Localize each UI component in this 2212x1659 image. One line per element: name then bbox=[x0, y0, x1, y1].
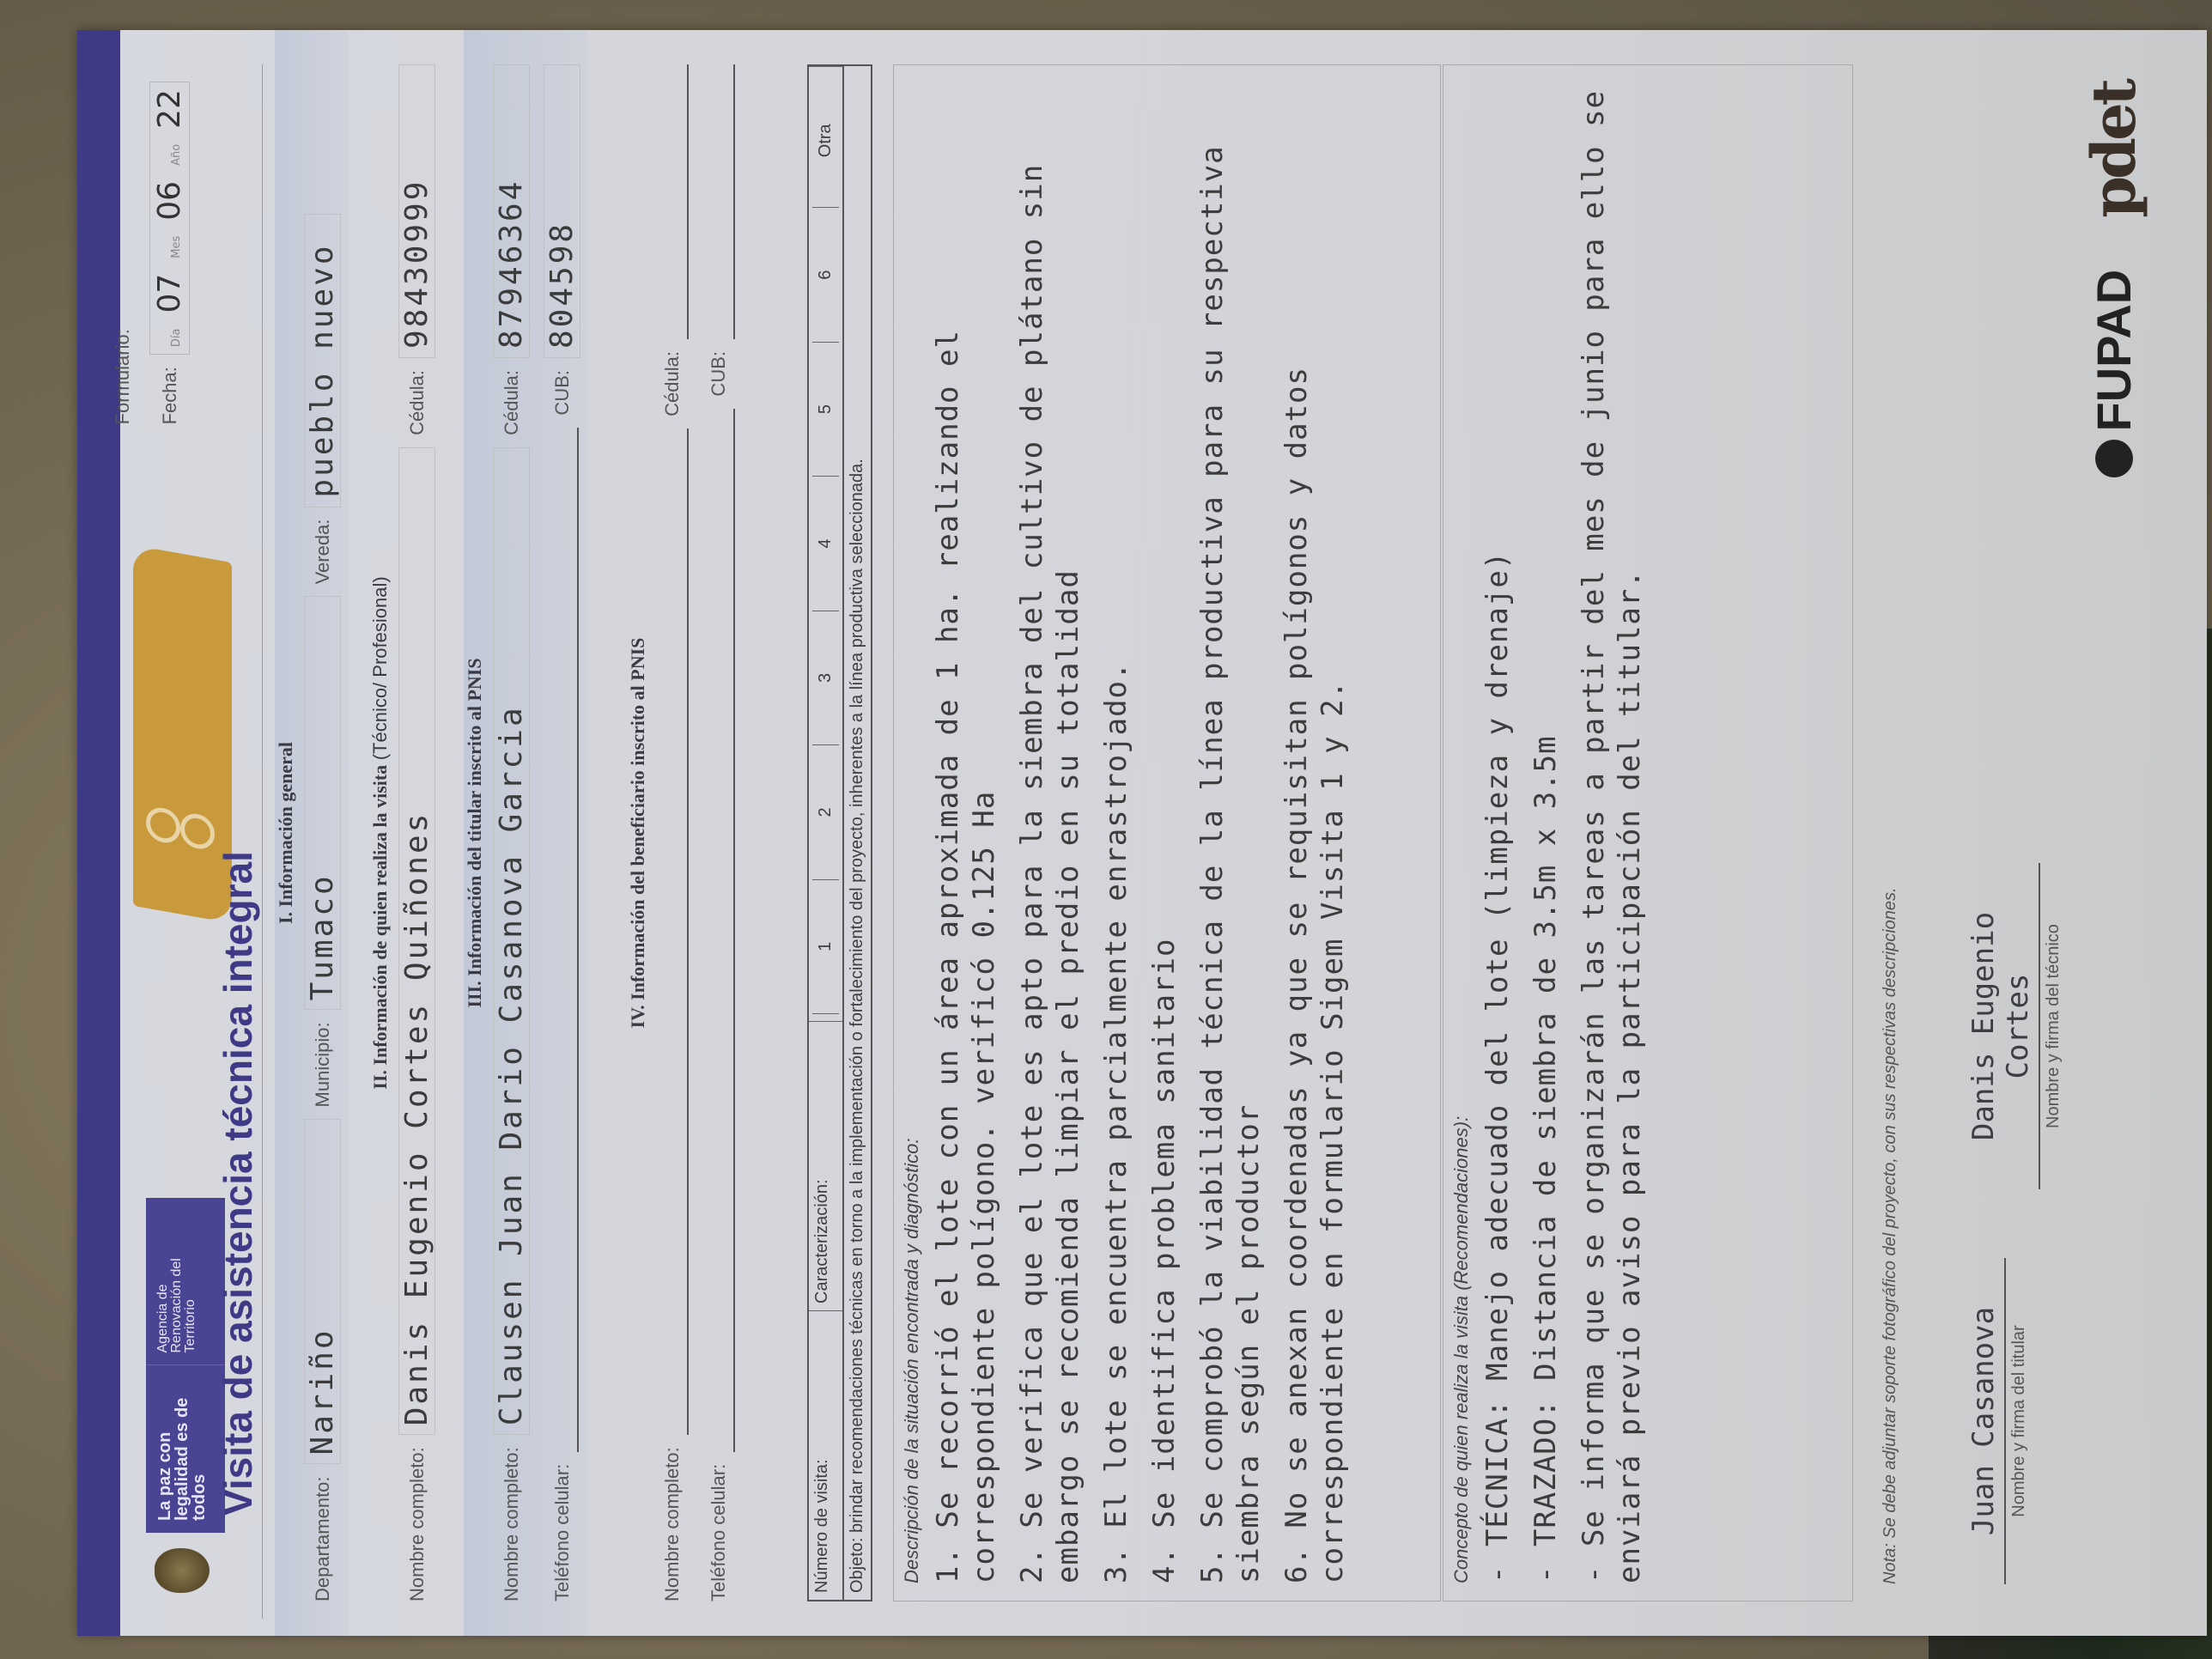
recomendacion-item: - TÉCNICA: Manejo adecuado del lote (lim… bbox=[1480, 82, 1516, 1583]
beneficiario-cedula-field[interactable] bbox=[656, 64, 689, 339]
tecnico-cedula-field[interactable]: 98430999 bbox=[398, 64, 435, 358]
titular-cub-label: CUB: bbox=[551, 370, 574, 416]
section-heading-note: (Técnico/ Profesional) bbox=[369, 576, 391, 760]
formulario-label: Formulario: bbox=[112, 329, 134, 424]
tecnico-nombre-field[interactable]: Danis Eugenio Cortes Quiñones bbox=[398, 447, 435, 1435]
document-page: La paz con legalidad es de todos Agencia… bbox=[77, 30, 2207, 1636]
descripcion-items: 1. Se recorrió el lote con un área aprox… bbox=[930, 82, 1351, 1583]
caracterizacion-label: Caracterización: bbox=[809, 1021, 842, 1310]
descripcion-heading: Descripción de la situación encontrada y… bbox=[901, 82, 923, 1583]
section-titular: III. Información del titular inscrito al… bbox=[464, 30, 587, 1636]
vereda-label: Vereda: bbox=[312, 520, 334, 585]
descripcion-item: 2. Se verifica que el lote es apto para … bbox=[1014, 82, 1086, 1583]
tecnico-nombre-label: Nombre completo: bbox=[406, 1447, 428, 1601]
beneficiario-cub-field[interactable] bbox=[702, 64, 735, 339]
tecnico-signature[interactable]: Danis Eugenio Cortes Nombre y firma del … bbox=[1966, 863, 2063, 1189]
section-general: I. Información general Departamento: Nar… bbox=[275, 30, 348, 1636]
partner-logos: FUPAD pdet bbox=[2078, 82, 2149, 478]
titular-nombre-field[interactable]: Clausen Juan Dario Casanova Garcia bbox=[493, 447, 530, 1435]
departamento-value: Nariño bbox=[305, 1328, 340, 1455]
numero-visita-label: Número de visita: bbox=[809, 1310, 842, 1600]
objeto-text: Objeto: brindar recomendaciones técnicas… bbox=[844, 66, 871, 1600]
visit-table: Número de visita: Caracterización: 12345… bbox=[807, 64, 872, 1601]
titular-cub-value: 804598 bbox=[544, 222, 580, 349]
descripcion-item: 1. Se recorrió el lote con un área aprox… bbox=[930, 82, 1002, 1583]
descripcion-item: 3. El lote se encuentra parcialmente enr… bbox=[1098, 82, 1134, 1583]
section-heading: IV. Información del beneficiario inscrit… bbox=[627, 30, 649, 1636]
page-title: Visita de asistencia técnica integral bbox=[215, 851, 261, 1516]
anio-label: Año bbox=[170, 144, 183, 166]
beneficiario-cedula-label: Cédula: bbox=[661, 351, 684, 416]
tecnico-signature-caption: Nombre y firma del técnico bbox=[2044, 863, 2063, 1189]
section-tecnico: II. Información de quien realiza la visi… bbox=[369, 30, 442, 1636]
tecnico-signature-name: Danis Eugenio Cortes bbox=[1966, 863, 2040, 1189]
anio-value: 22 bbox=[152, 89, 187, 129]
descripcion-section: Descripción de la situación encontrada y… bbox=[893, 64, 1441, 1601]
titular-telefono-label: Teléfono celular: bbox=[551, 1464, 574, 1601]
gov-slogan: La paz con legalidad es de todos bbox=[146, 1366, 225, 1534]
fupad-text: FUPAD bbox=[2086, 270, 2142, 432]
beneficiario-telefono-field[interactable] bbox=[702, 409, 735, 1452]
pdet-logo: pdet bbox=[2078, 82, 2149, 218]
departamento-label: Departamento: bbox=[312, 1476, 334, 1601]
visit-option-7[interactable]: Otra bbox=[812, 74, 839, 208]
visit-option-5[interactable]: 5 bbox=[812, 343, 839, 477]
tecnico-cedula-label: Cédula: bbox=[406, 370, 428, 435]
departamento-field[interactable]: Nariño bbox=[304, 1119, 341, 1464]
dia-value: 07 bbox=[152, 274, 187, 313]
titular-cedula-label: Cédula: bbox=[501, 370, 523, 435]
descripcion-item: 6. No se anexan coordenadas ya que se re… bbox=[1279, 82, 1351, 1583]
fecha-label: Fecha: bbox=[159, 367, 181, 424]
divider bbox=[262, 64, 263, 1619]
vereda-value: pueblo nuevo bbox=[305, 243, 340, 497]
visit-option-3[interactable]: 3 bbox=[812, 611, 839, 745]
recomendacion-item: - Se informa que se organizarán las tare… bbox=[1576, 82, 1648, 1583]
descripcion-item: 5. Se comprobó la viabilidad técnica de … bbox=[1194, 82, 1267, 1583]
recomendaciones-section: Concepto de quien realiza la visita (Rec… bbox=[1443, 64, 1853, 1601]
titular-signature-caption: Nombre y firma del titular bbox=[2009, 1258, 2029, 1584]
coat-of-arms-icon bbox=[155, 1548, 210, 1593]
vereda-field[interactable]: pueblo nuevo bbox=[304, 214, 341, 507]
globe-icon bbox=[2095, 441, 2133, 478]
municipio-label: Municipio: bbox=[312, 1022, 334, 1107]
beneficiario-nombre-label: Nombre completo: bbox=[661, 1447, 684, 1601]
titular-cedula-value: 87946364 bbox=[494, 179, 529, 349]
beneficiario-nombre-field[interactable] bbox=[656, 428, 689, 1435]
section-beneficiario: IV. Información del beneficiario inscrit… bbox=[627, 30, 742, 1636]
government-logo: La paz con legalidad es de todos Agencia… bbox=[146, 1198, 225, 1533]
municipio-value: Tumaco bbox=[305, 873, 340, 1000]
recomendacion-item: - TRAZADO: Distancia de siembra de 3.5m … bbox=[1528, 82, 1564, 1583]
titular-signature[interactable]: Juan Casanova Nombre y firma del titular bbox=[1966, 1258, 2063, 1584]
titular-cedula-field[interactable]: 87946364 bbox=[493, 64, 530, 358]
beneficiario-telefono-label: Teléfono celular: bbox=[708, 1464, 730, 1601]
section-heading: I. Información general bbox=[275, 30, 297, 1636]
titular-cub-field[interactable]: 804598 bbox=[544, 64, 580, 358]
fupad-logo: FUPAD bbox=[2086, 270, 2142, 478]
mes-value: 06 bbox=[152, 181, 187, 221]
footer-note: Nota: Se debe adjuntar soporte fotográfi… bbox=[1881, 887, 1900, 1584]
titular-nombre-value: Clausen Juan Dario Casanova Garcia bbox=[494, 705, 529, 1425]
dia-label: Día bbox=[170, 329, 183, 348]
municipio-field[interactable]: Tumaco bbox=[304, 596, 341, 1010]
visit-option-2[interactable]: 2 bbox=[812, 745, 839, 879]
signatures: Juan Casanova Nombre y firma del titular… bbox=[1966, 82, 2063, 1584]
agency-name: Agencia de Renovación del Territorio bbox=[146, 1198, 225, 1366]
form-meta: Formulario: Fecha: Día07 Mes06 Año22 bbox=[112, 82, 205, 424]
section-heading: III. Información del titular inscrito al… bbox=[464, 30, 486, 1636]
titular-signature-name: Juan Casanova bbox=[1966, 1258, 2006, 1584]
date-field[interactable]: Día07 Mes06 Año22 bbox=[149, 82, 190, 355]
beneficiario-cub-label: CUB: bbox=[708, 351, 730, 397]
titular-nombre-label: Nombre completo: bbox=[501, 1447, 523, 1601]
mes-label: Mes bbox=[170, 236, 183, 258]
visit-options: 123456Otra bbox=[809, 66, 842, 1021]
titular-telefono-field[interactable] bbox=[546, 428, 579, 1452]
tecnico-cedula-value: 98430999 bbox=[399, 179, 434, 349]
visit-option-4[interactable]: 4 bbox=[812, 477, 839, 611]
recomendaciones-heading: Concepto de quien realiza la visita (Rec… bbox=[1450, 82, 1473, 1583]
section-heading: II. Información de quien realiza la visi… bbox=[369, 765, 391, 1090]
recomendaciones-items: - TÉCNICA: Manejo adecuado del lote (lim… bbox=[1480, 82, 1648, 1583]
visit-option-1[interactable]: 1 bbox=[812, 880, 839, 1014]
tecnico-nombre-value: Danis Eugenio Cortes Quiñones bbox=[399, 811, 434, 1426]
descripcion-item: 4. Se identifica problema sanitario bbox=[1146, 82, 1182, 1583]
visit-option-6[interactable]: 6 bbox=[812, 208, 839, 342]
